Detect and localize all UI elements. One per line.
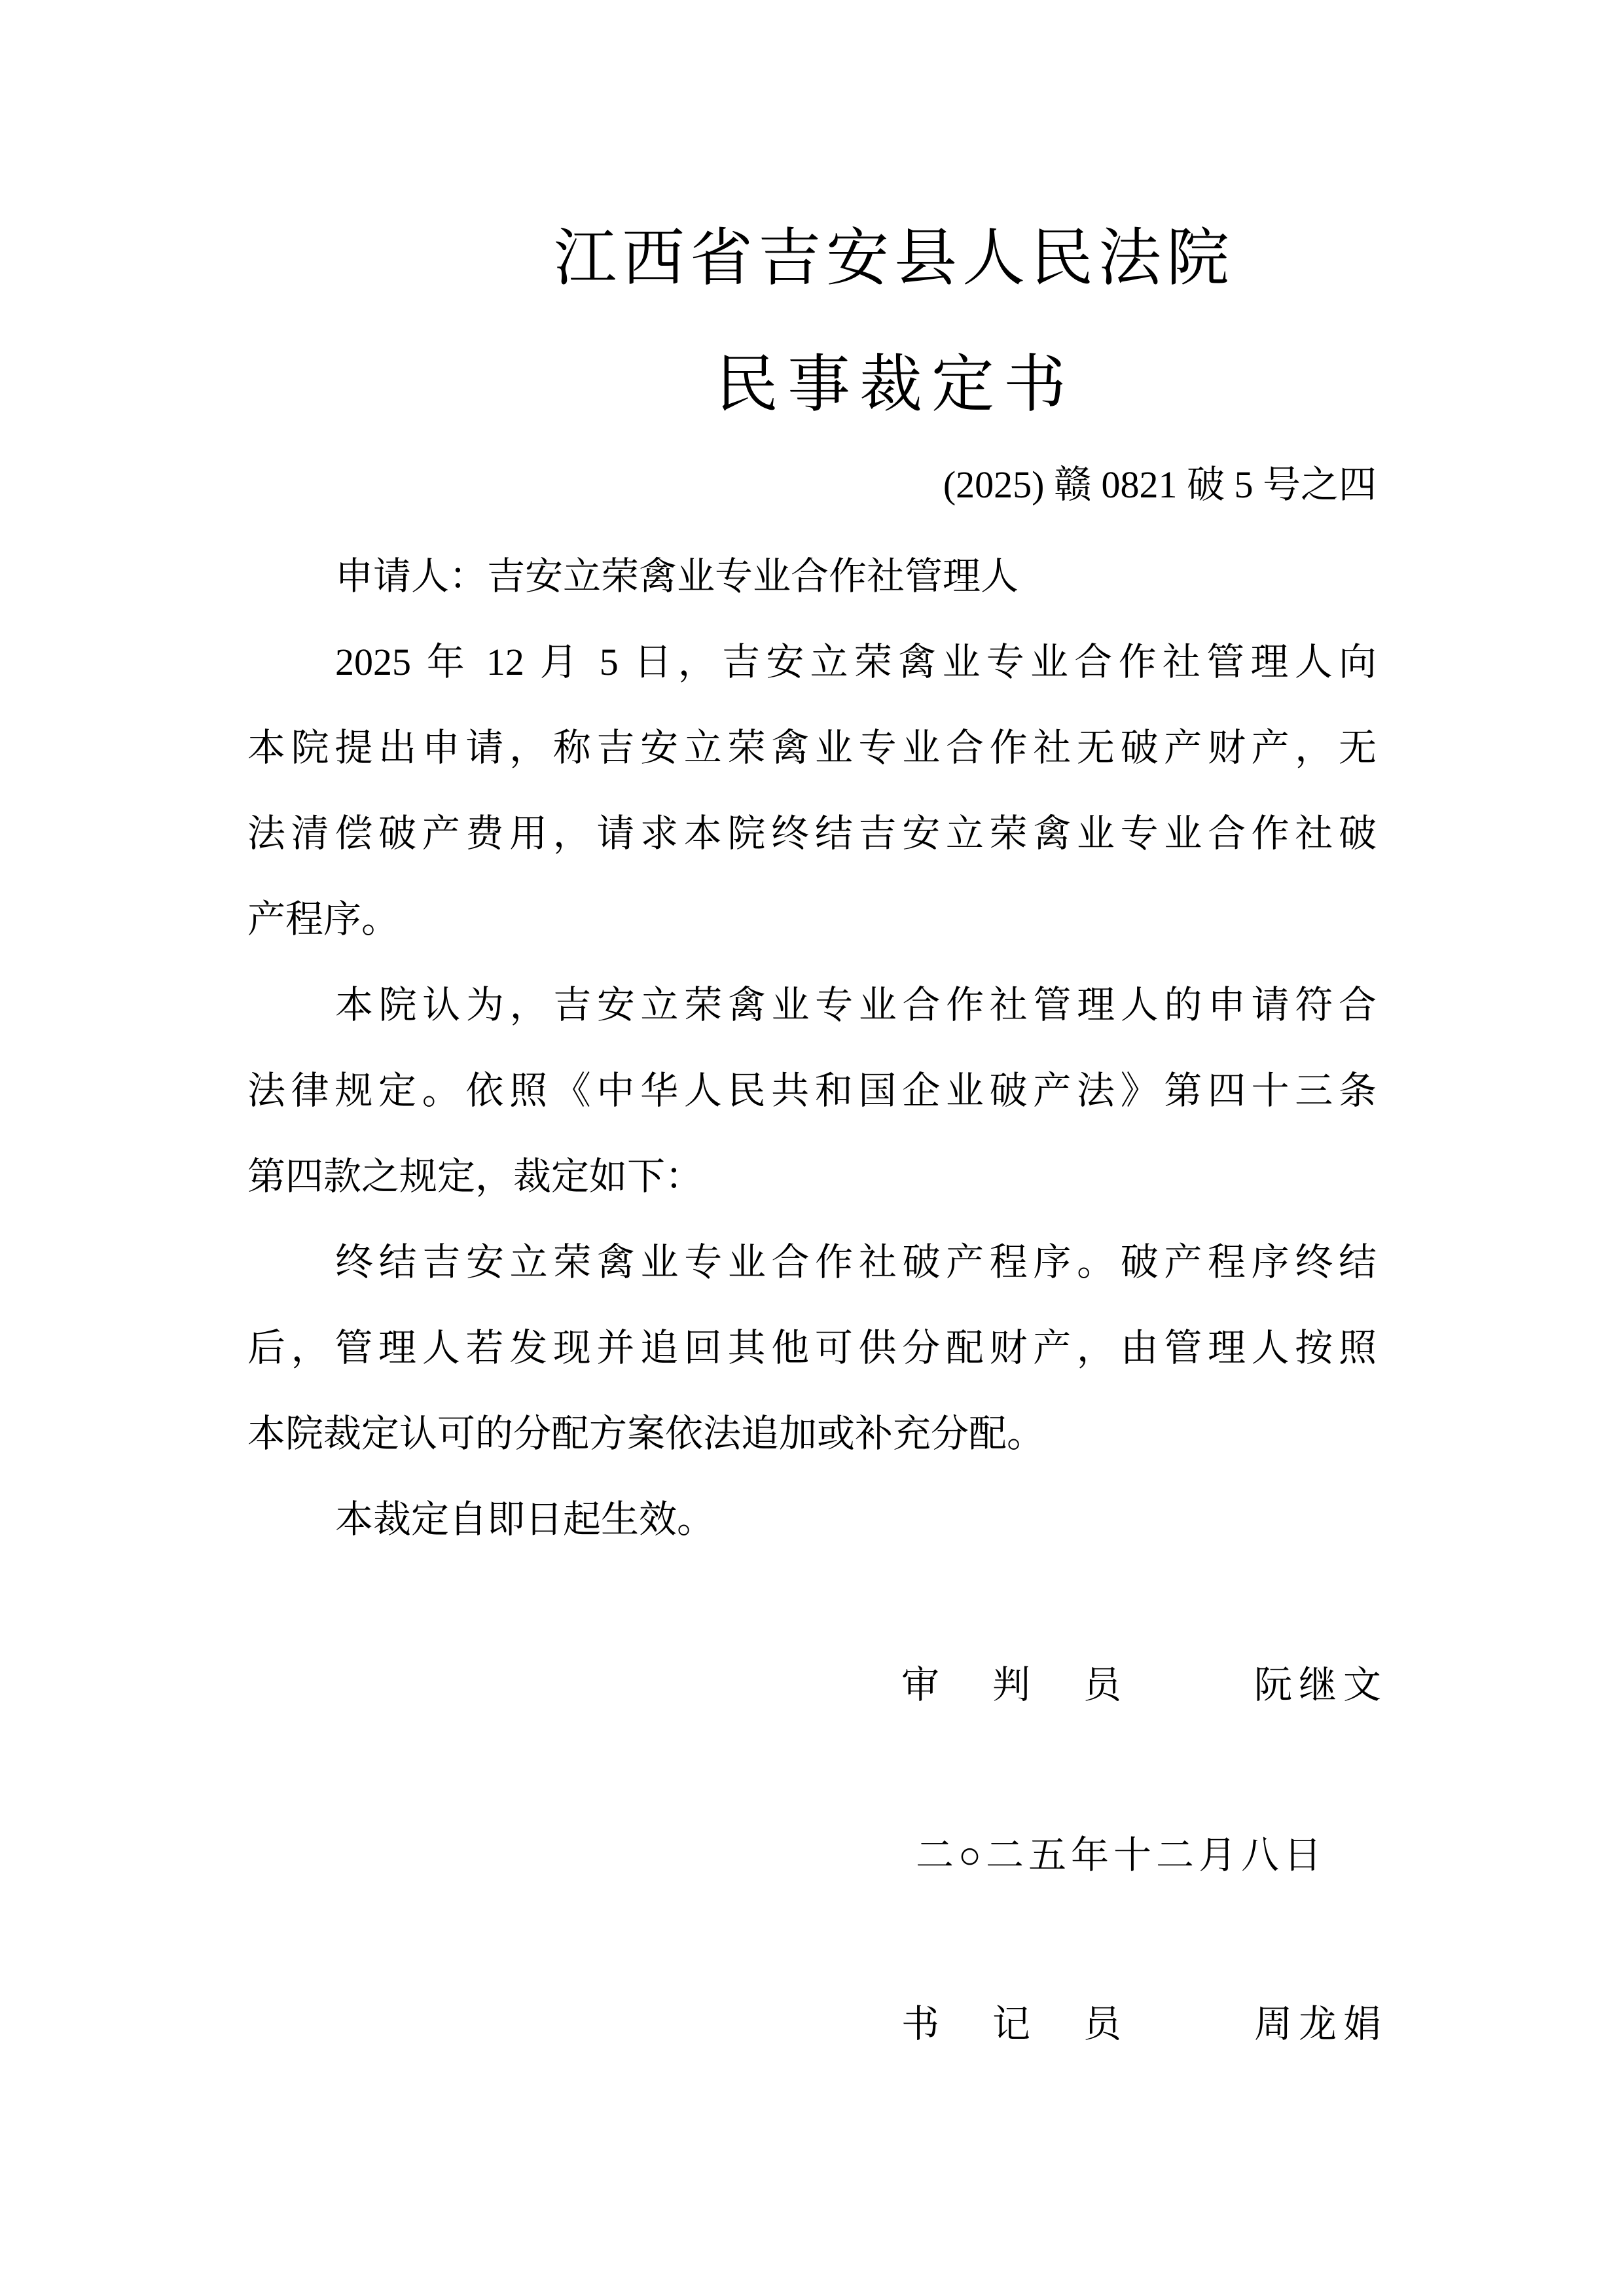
- document-type-title: 民事裁定书: [715, 353, 1075, 416]
- body-line: 本院裁定认可的分配方案依法追加或补充分配。: [247, 1391, 1377, 1477]
- body-line: 2025 年 12 月 5 日，吉安立荣禽业专业合作社管理人向: [247, 619, 1377, 705]
- body-line: 法律规定。依照《中华人民共和国企业破产法》第四十三条: [247, 1048, 1377, 1134]
- court-name-title: 江西省吉安县人民法院: [554, 227, 1235, 290]
- ruling-body-text: 申请人：吉安立荣禽业专业合作社管理人2025 年 12 月 5 日，吉安立荣禽业…: [247, 533, 1377, 1562]
- body-line: 终结吉安立荣禽业专业合作社破产程序。破产程序终结: [247, 1219, 1377, 1305]
- body-line: 申请人：吉安立荣禽业专业合作社管理人: [247, 533, 1377, 619]
- body-line: 本院提出申请，称吉安立荣禽业专业合作社无破产财产，无: [247, 705, 1377, 791]
- body-line: 本裁定自即日起生效。: [247, 1477, 1377, 1562]
- ruling-document-page: 江西省吉安县人民法院 民事裁定书 (2025) 赣 0821 破 5 号之四 申…: [0, 0, 1624, 2296]
- body-line: 后，管理人若发现并追回其他可供分配财产，由管理人按照: [247, 1305, 1377, 1391]
- body-line: 法清偿破产费用，请求本院终结吉安立荣禽业专业合作社破: [247, 791, 1377, 876]
- judge-name: 阮继文: [1254, 1664, 1388, 1706]
- judge-role-label: 审判员: [901, 1664, 1174, 1706]
- clerk-signature-line: 书记员周龙娟: [901, 2005, 1388, 2043]
- ruling-date: 二○二五年十二月八日: [916, 1837, 1326, 1874]
- clerk-role-label: 书记员: [901, 2003, 1174, 2045]
- body-line: 本院认为，吉安立荣禽业专业合作社管理人的申请符合: [247, 962, 1377, 1048]
- case-number: (2025) 赣 0821 破 5 号之四: [247, 466, 1377, 504]
- clerk-name: 周龙娟: [1254, 2003, 1388, 2045]
- judge-signature-line: 审判员阮继文: [901, 1666, 1388, 1704]
- body-line: 产程序。: [247, 876, 1377, 962]
- body-line: 第四款之规定，裁定如下：: [247, 1134, 1377, 1219]
